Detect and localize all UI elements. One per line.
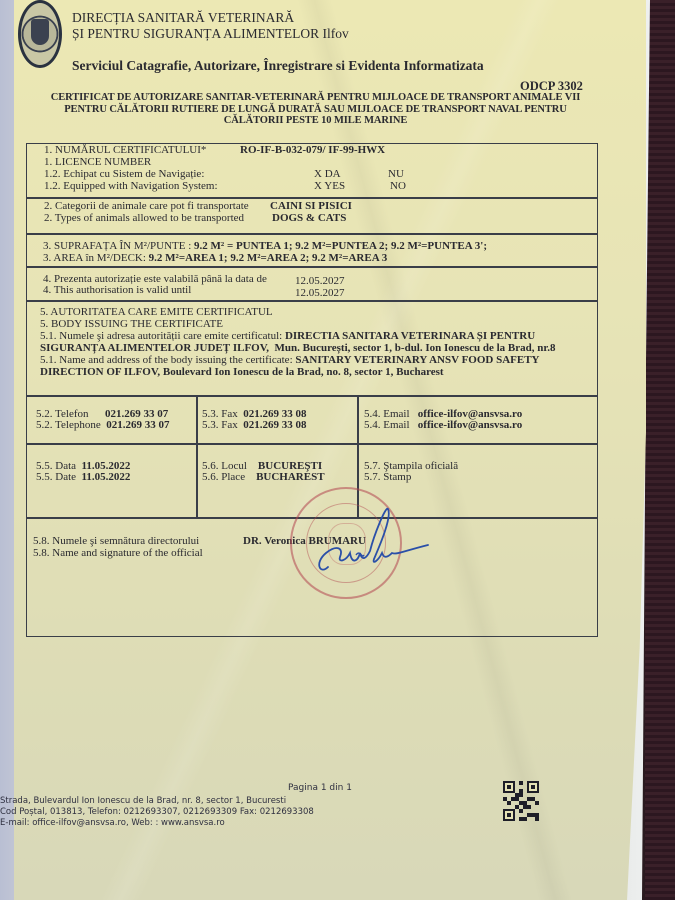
divider <box>26 395 598 397</box>
qr-code-icon <box>503 781 539 821</box>
area-value-en: 9.2 M²=AREA 1; 9.2 M²=AREA 2; 9.2 M²=ARE… <box>149 252 388 264</box>
date-en: 5.5. Date 11.05.2022 <box>36 471 130 483</box>
title-line-3: CĂLĂTORII PESTE 10 MILE MARINE <box>28 115 603 127</box>
org-line-1: DIRECȚIA SANITARĂ VETERINARĂ <box>72 10 349 26</box>
licence-number-value: RO-IF-B-032-079/ IF-99-HWX <box>240 144 385 156</box>
navigation-yes-ro: X DA <box>314 168 341 180</box>
place-en: 5.6. Place BUCHAREST <box>202 471 325 483</box>
licence-number-label-ro: 1. NUMĂRUL CERTIFICATULUI* <box>44 144 206 156</box>
issuing-body-address-en: DIRECTION OF ILFOV, Boulevard Ion Ionesc… <box>40 366 444 378</box>
validity-value-en: 12.05.2027 <box>295 287 345 299</box>
org-name: DIRECȚIA SANITARĂ VETERINARĂ ȘI PENTRU S… <box>72 10 349 42</box>
date-label-en: 5.5. Date <box>36 471 76 483</box>
issuing-body-name-label-en: 5.1. Name and address of the body issuin… <box>40 354 295 366</box>
navigation-label-ro: 1.2. Echipat cu Sistem de Navigație: <box>44 168 204 180</box>
service-name: Serviciul Catagrafie, Autorizare, Înregi… <box>72 58 484 74</box>
issuing-body-address-value-ro: Mun. București, sector 1, b-dul. Ion Ion… <box>275 342 556 354</box>
director-label-ro: 5.8. Numele şi semnătura directorului <box>33 535 199 547</box>
navigation-label-en: 1.2. Equipped with Navigation System: <box>44 180 218 192</box>
email-value-en: office-ilfov@ansvsa.ro <box>418 419 522 431</box>
animal-types-label-ro: 2. Categorii de animale care pot fi tran… <box>44 200 249 212</box>
date-value-en: 11.05.2022 <box>82 471 131 483</box>
issuing-body-title-en: 5. BODY ISSUING THE CERTIFICATE <box>40 318 223 330</box>
animal-types-value-ro: CAINI SI PISICI <box>270 200 352 212</box>
area-en: 3. AREA în M²/DECK: 9.2 M²=AREA 1; 9.2 M… <box>43 252 387 264</box>
org-line-2: ȘI PENTRU SIGURANȚA ALIMENTELOR Ilfov <box>72 26 349 42</box>
place-value-en: BUCHAREST <box>256 471 324 483</box>
divider <box>26 233 598 235</box>
area-value-ro: 9.2 M² = PUNTEA 1; 9.2 M²=PUNTEA 2; 9.2 … <box>194 240 487 252</box>
issuing-body-name-value-en: SANITARY VETERINARY ANSV FOOD SAFETY <box>295 354 539 366</box>
email-en: 5.4. Email office-ilfov@ansvsa.ro <box>364 419 522 431</box>
navigation-no-en: NO <box>390 180 406 192</box>
page-number: Pagina 1 din 1 <box>288 783 352 794</box>
area-label-en: 3. AREA în M²/DECK: <box>43 252 149 264</box>
title-line-2: PENTRU CĂLĂTORII RUTIERE DE LUNGĂ DURATĂ… <box>28 104 603 116</box>
stamp-label-en: 5.7. Stamp <box>364 471 411 483</box>
fax-label-en: 5.3. Fax <box>202 419 238 431</box>
footer-address: Strada, Bulevardul Ion Ionescu de la Bra… <box>0 796 314 829</box>
title-line-1: CERTIFICAT DE AUTORIZARE SANITAR-VETERIN… <box>28 92 603 104</box>
issuing-body-address-ro: SIGURANȚA ALIMENTELOR JUDEȚ ILFOV, Mun. … <box>40 342 555 354</box>
phone-en: 5.2. Telephone 021.269 33 07 <box>36 419 169 431</box>
footer-address-line-1: Strada, Bulevardul Ion Ionescu de la Bra… <box>0 796 314 807</box>
divider <box>196 395 198 517</box>
animal-types-value-en: DOGS & CATS <box>272 212 346 224</box>
validity-value-ro: 12.05.2027 <box>295 275 345 287</box>
issuing-body-title-ro: 5. AUTORITATEA CARE EMITE CERTIFICATUL <box>40 306 273 318</box>
validity-label-en: 4. This authorisation is valid until <box>43 284 191 296</box>
issuing-body-name-value-ro-2: SIGURANȚA ALIMENTELOR JUDEȚ ILFOV, <box>40 342 269 354</box>
footer-address-line-2: Cod Poștal, 013813, Telefon: 0212693307,… <box>0 807 314 818</box>
licence-number-label-en: 1. LICENCE NUMBER <box>44 156 151 168</box>
area-label-ro: 3. SUPRAFAȚA ÎN M²/PUNTE : <box>43 240 194 252</box>
divider <box>26 197 598 199</box>
footer-address-line-3: E-mail: office-ilfov@ansvsa.ro, Web: : w… <box>0 818 314 829</box>
divider <box>26 266 598 268</box>
fax-value-en: 021.269 33 08 <box>243 419 306 431</box>
area-ro: 3. SUPRAFAȚA ÎN M²/PUNTE : 9.2 M² = PUNT… <box>43 240 487 252</box>
romanian-government-seal-icon <box>18 0 62 68</box>
fax-en: 5.3. Fax 021.269 33 08 <box>202 419 307 431</box>
navigation-yes-en: X YES <box>314 180 345 192</box>
divider <box>26 300 598 302</box>
phone-value-en: 021.269 33 07 <box>106 419 169 431</box>
issuing-body-name-value-ro: DIRECTIA SANITARA VETERINARA ȘI PENTRU <box>285 330 535 342</box>
issuing-body-name-ro: 5.1. Numele şi adresa autorității care e… <box>40 330 535 342</box>
navigation-no-ro: NU <box>388 168 404 180</box>
divider <box>26 443 598 445</box>
phone-label-en: 5.2. Telephone <box>36 419 101 431</box>
animal-types-label-en: 2. Types of animals allowed to be transp… <box>44 212 244 224</box>
email-label-en: 5.4. Email <box>364 419 410 431</box>
place-label-en: 5.6. Place <box>202 471 245 483</box>
signature-icon <box>300 495 430 590</box>
coat-of-arms-icon <box>31 19 49 45</box>
issuing-body-name-en: 5.1. Name and address of the body issuin… <box>40 354 540 366</box>
issuing-body-name-label-ro: 5.1. Numele şi adresa autorității care e… <box>40 330 285 342</box>
certificate-title: CERTIFICAT DE AUTORIZARE SANITAR-VETERIN… <box>28 92 603 127</box>
director-label-en: 5.8. Name and signature of the official <box>33 547 203 559</box>
background-right <box>645 0 675 900</box>
